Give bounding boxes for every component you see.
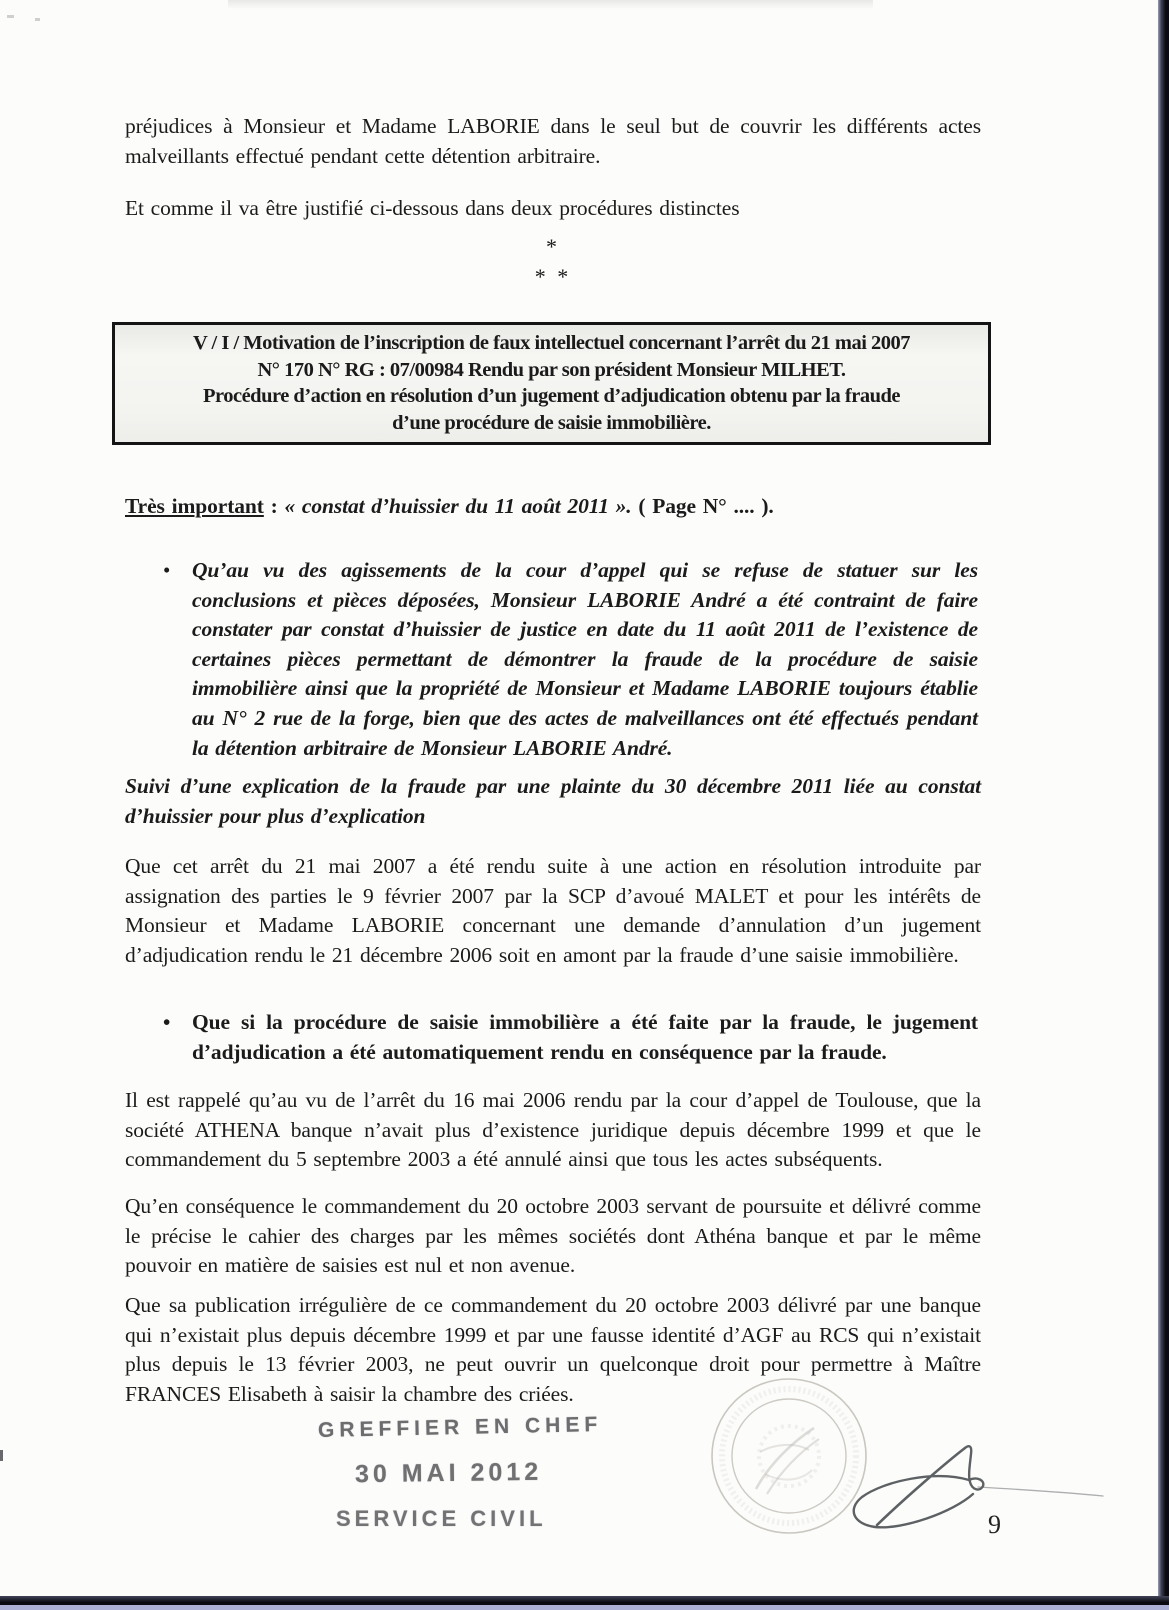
scan-mark-left-edge bbox=[0, 1450, 3, 1461]
scan-speck bbox=[35, 18, 40, 21]
tres-important-page-ref: ( Page N° .... ). bbox=[632, 494, 774, 518]
stamp-greffier-en-chef: GREFFIER EN CHEF bbox=[318, 1413, 603, 1443]
scan-edge-bottom-blue bbox=[0, 1605, 1169, 1610]
scan-edge-bottom bbox=[0, 1596, 1169, 1605]
paragraph-prejudices: préjudices à Monsieur et Madame LABORIE … bbox=[125, 112, 981, 171]
stamp-date: 30 MAI 2012 bbox=[355, 1458, 543, 1490]
page-number: 9 bbox=[988, 1510, 1001, 1540]
bullet-item-constat-huissier: Qu’au vu des agissements de la cour d’ap… bbox=[192, 556, 978, 763]
bullet-marker: • bbox=[163, 1008, 183, 1038]
paragraph-et-comme: Et comme il va être justifié ci-dessous … bbox=[125, 194, 981, 224]
heading-line-4: d’une procédure de saisie immobilière. bbox=[118, 410, 985, 437]
tres-important-label: Très important bbox=[125, 494, 264, 518]
bullet-item-procedure-fraude: Que si la procédure de saisie immobilièr… bbox=[192, 1008, 978, 1067]
separator-double-star: * * bbox=[125, 264, 981, 290]
signature bbox=[854, 1446, 1103, 1527]
paragraph-quen-consequence: Qu’en conséquence le commandement du 20 … bbox=[125, 1192, 981, 1281]
tres-important-line: Très important : « constat d’huissier du… bbox=[125, 492, 981, 522]
scan-speck bbox=[7, 15, 14, 18]
tres-important-separator: : bbox=[264, 494, 285, 518]
paragraph-suivi-explication: Suivi d’une explication de la fraude par… bbox=[125, 772, 981, 831]
heading-line-1: V / I / Motivation de l’inscription de f… bbox=[118, 330, 985, 357]
bullet-marker: • bbox=[163, 556, 183, 586]
paragraph-arret-21-mai-2007: Que cet arrêt du 21 mai 2007 a été rendu… bbox=[125, 852, 981, 970]
scanned-document-page: { "page": { "bullet_char": "•", "paragra… bbox=[0, 0, 1169, 1610]
tres-important-quote: « constat d’huissier du 11 août 2011 ». bbox=[284, 494, 631, 518]
section-heading-box: V / I / Motivation de l’inscription de f… bbox=[112, 322, 991, 445]
paragraph-publication-irreguliere: Que sa publication irrégulière de ce com… bbox=[125, 1291, 981, 1409]
separator-star: * bbox=[125, 234, 981, 260]
heading-line-3: Procédure d’action en résolution d’un ju… bbox=[118, 383, 985, 410]
paragraph-il-est-rappele: Il est rappelé qu’au vu de l’arrêt du 16… bbox=[125, 1086, 981, 1175]
stamp-service-civil: SERVICE CIVIL bbox=[336, 1506, 547, 1532]
heading-line-2: N° 170 N° RG : 07/00984 Rendu par son pr… bbox=[118, 357, 985, 384]
scan-smudge-top bbox=[228, 0, 873, 9]
scan-edge-right bbox=[1158, 0, 1169, 1610]
